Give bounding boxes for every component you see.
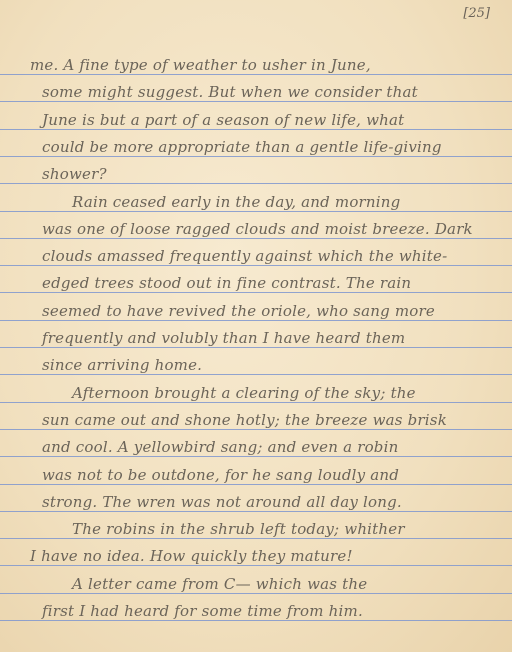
handwritten-line: and cool. A yellowbird sang; and even a … [42,437,398,457]
handwritten-line: A letter came from C— which was the [72,574,367,594]
handwritten-line: Rain ceased early in the day, and mornin… [72,192,400,212]
handwritten-line: clouds amassed frequently against which … [42,246,447,266]
handwritten-line: me. A fine type of weather to usher in J… [30,55,371,75]
handwritten-line: could be more appropriate than a gentle … [42,137,442,157]
handwritten-line: seemed to have revived the oriole, who s… [42,301,435,321]
handwritten-line: The robins in the shrub left today; whit… [72,519,405,539]
page-number: [25] [463,6,490,21]
handwritten-line: Afternoon brought a clearing of the sky;… [72,383,416,403]
handwritten-line: was not to be outdone, for he sang loudl… [42,465,399,485]
handwritten-line: some might suggest. But when we consider… [42,82,418,102]
handwritten-line: I have no idea. How quickly they mature! [30,546,353,566]
handwritten-line: sun came out and shone hotly; the breeze… [42,410,447,430]
handwritten-line: since arriving home. [42,355,202,375]
handwritten-line: was one of loose ragged clouds and moist… [42,219,473,239]
handwritten-line: edged trees stood out in fine contrast. … [42,273,411,293]
handwritten-line: first I had heard for some time from him… [42,601,363,621]
handwritten-line: strong. The wren was not around all day … [42,492,402,512]
handwritten-line: frequently and volubly than I have heard… [42,328,405,348]
handwritten-line: June is but a part of a season of new li… [42,110,404,130]
journal-page: [25] me. A fine type of weather to usher… [0,0,512,652]
handwritten-line: shower? [42,164,107,184]
